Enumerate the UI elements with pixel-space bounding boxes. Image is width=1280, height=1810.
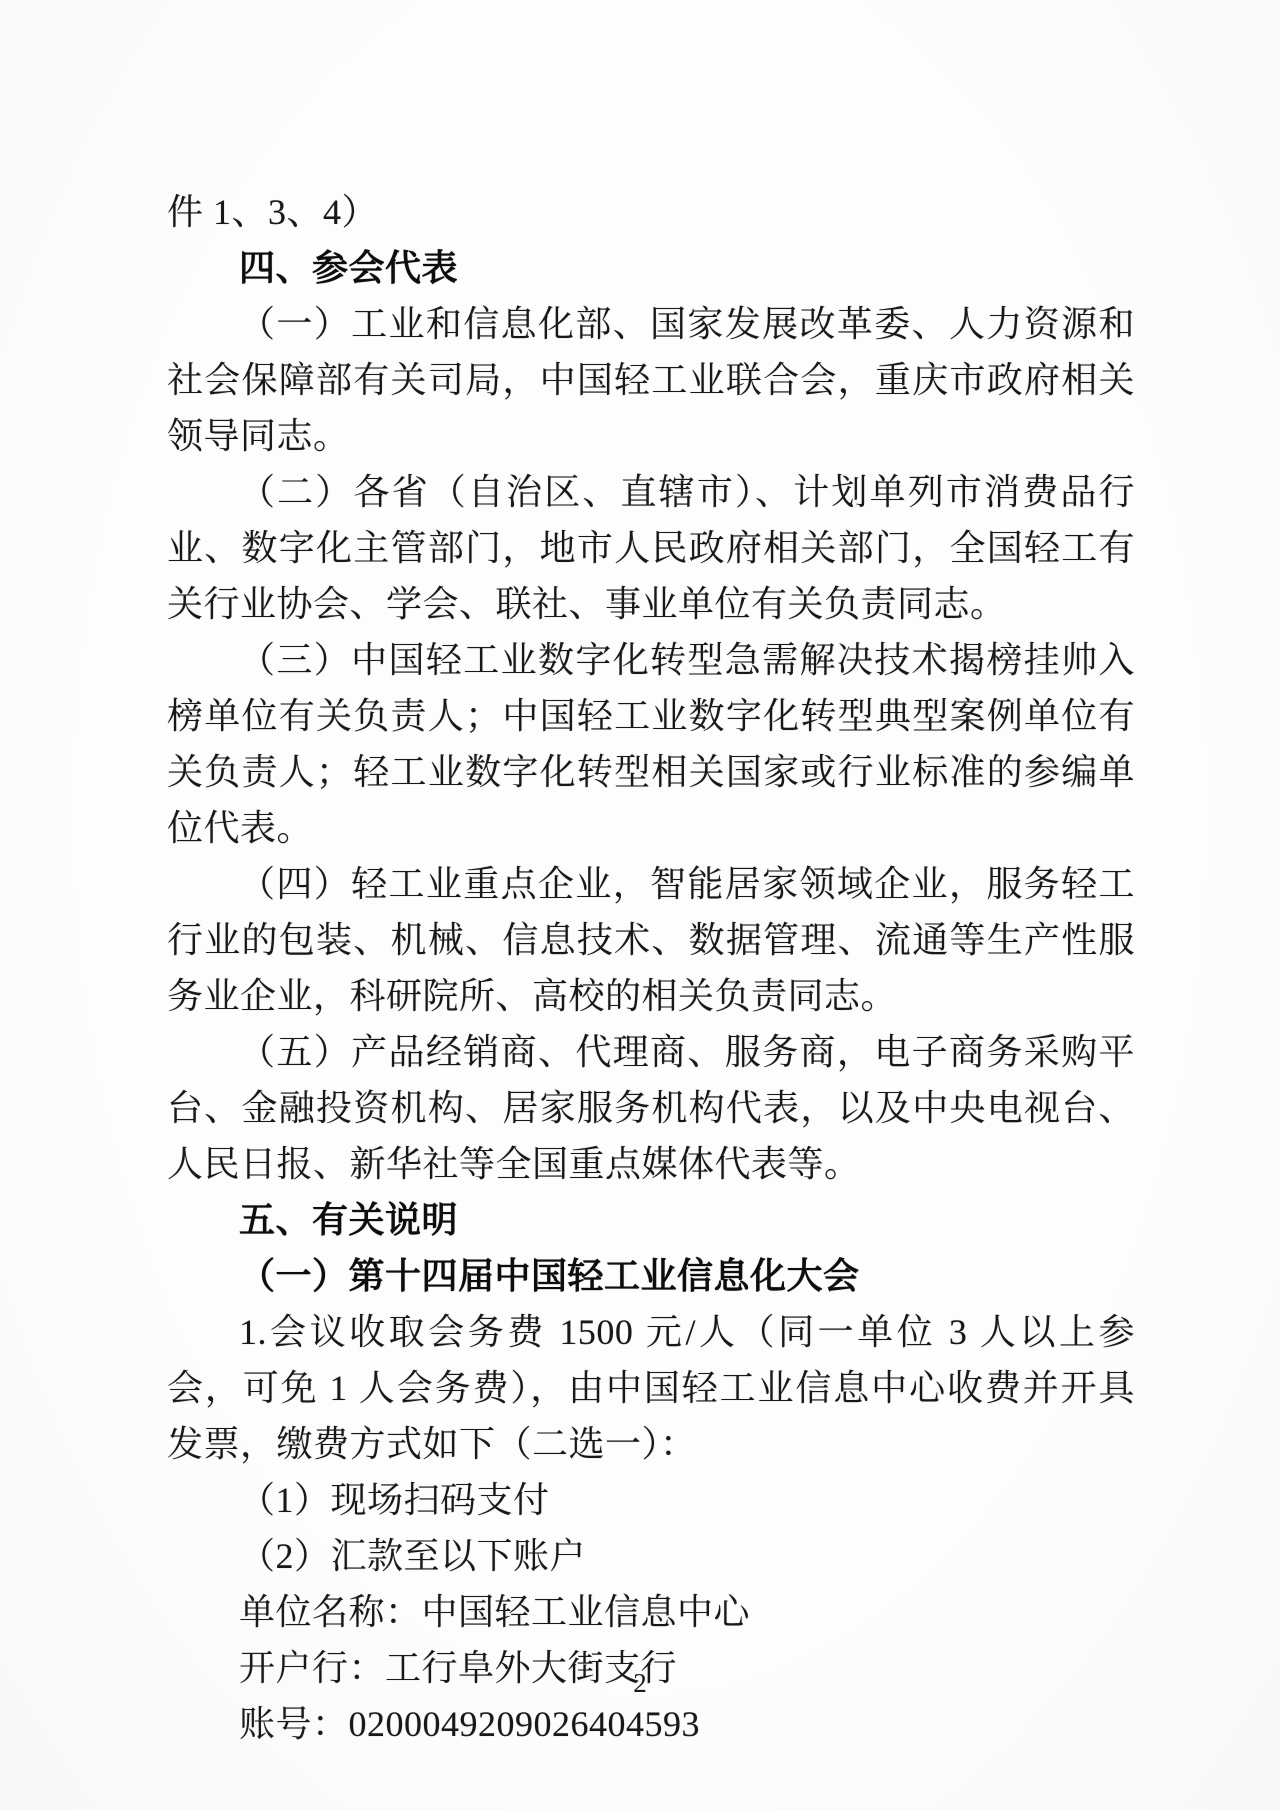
heading-conference: （一）第十四届中国轻工业信息化大会 xyxy=(167,1248,1135,1304)
line-account-name: 单位名称：中国轻工业信息中心 xyxy=(167,1584,1135,1640)
paragraph-delegates-5: （五）产品经销商、代理商、服务商，电子商务采购平台、金融投资机构、居家服务机构代… xyxy=(167,1024,1135,1192)
heading-section-5: 五、有关说明 xyxy=(167,1192,1135,1248)
paragraph-delegates-4: （四）轻工业重点企业，智能居家领域企业，服务轻工行业的包装、机械、信息技术、数据… xyxy=(167,856,1135,1024)
paragraph-delegates-1: （一）工业和信息化部、国家发展改革委、人力资源和社会保障部有关司局，中国轻工业联… xyxy=(167,296,1135,464)
document-body: 件 1、3、4） 四、参会代表 （一）工业和信息化部、国家发展改革委、人力资源和… xyxy=(167,184,1135,1752)
line-payment-option-1: （1）现场扫码支付 xyxy=(167,1472,1135,1528)
line-account-number: 账号：0200049209026404593 xyxy=(167,1696,1135,1752)
heading-section-4: 四、参会代表 xyxy=(167,240,1135,296)
paragraph-delegates-2: （二）各省（自治区、直辖市）、计划单列市消费品行业、数字化主管部门，地市人民政府… xyxy=(167,464,1135,632)
paragraph-delegates-3: （三）中国轻工业数字化转型急需解决技术揭榜挂帅入榜单位有关负责人；中国轻工业数字… xyxy=(167,632,1135,856)
line-payment-option-2: （2）汇款至以下账户 xyxy=(167,1528,1135,1584)
paragraph-fee-info: 1.会议收取会务费 1500 元/人（同一单位 3 人以上参会，可免 1 人会务… xyxy=(167,1304,1135,1472)
page-number: 2 xyxy=(0,1666,1280,1700)
document-page: 件 1、3、4） 四、参会代表 （一）工业和信息化部、国家发展改革委、人力资源和… xyxy=(0,0,1280,1810)
paragraph-continuation: 件 1、3、4） xyxy=(167,184,1135,240)
